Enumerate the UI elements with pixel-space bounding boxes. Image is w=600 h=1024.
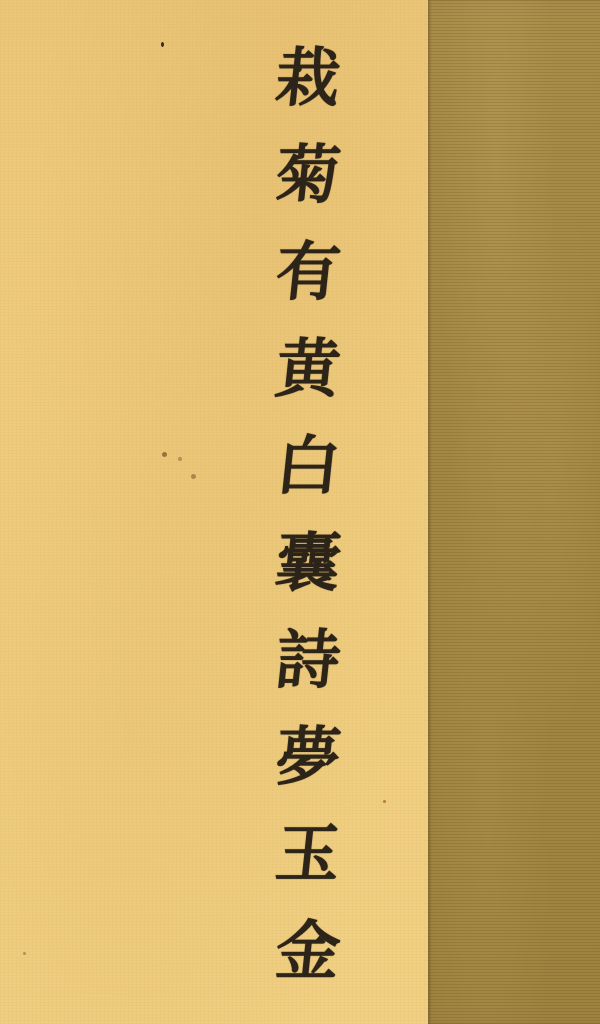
foxing-spot [383,800,386,803]
foxing-spot [191,474,196,479]
brocade-mounting-border [428,0,600,1024]
calligraphy-character: 菊 [271,127,345,224]
foxing-spot [178,457,182,461]
calligraphy-character: 黄 [271,321,345,418]
calligraphy-character: 夢 [271,709,345,806]
calligraphy-column: 栽 菊 有 黄 白 囊 詩 夢 玉 金 [268,30,348,1000]
ink-speck [161,42,164,47]
hanging-scroll: 栽 菊 有 黄 白 囊 詩 夢 玉 金 [0,0,600,1024]
foxing-spot [162,452,167,457]
calligraphy-character: 玉 [271,806,345,903]
calligraphy-character: 金 [271,903,345,1000]
silk-panel [0,0,428,1024]
foxing-spot [23,952,26,955]
calligraphy-character: 有 [271,224,345,321]
calligraphy-character: 詩 [271,612,345,709]
calligraphy-character: 囊 [271,515,345,612]
calligraphy-character: 白 [271,418,345,515]
calligraphy-character: 栽 [271,30,345,127]
